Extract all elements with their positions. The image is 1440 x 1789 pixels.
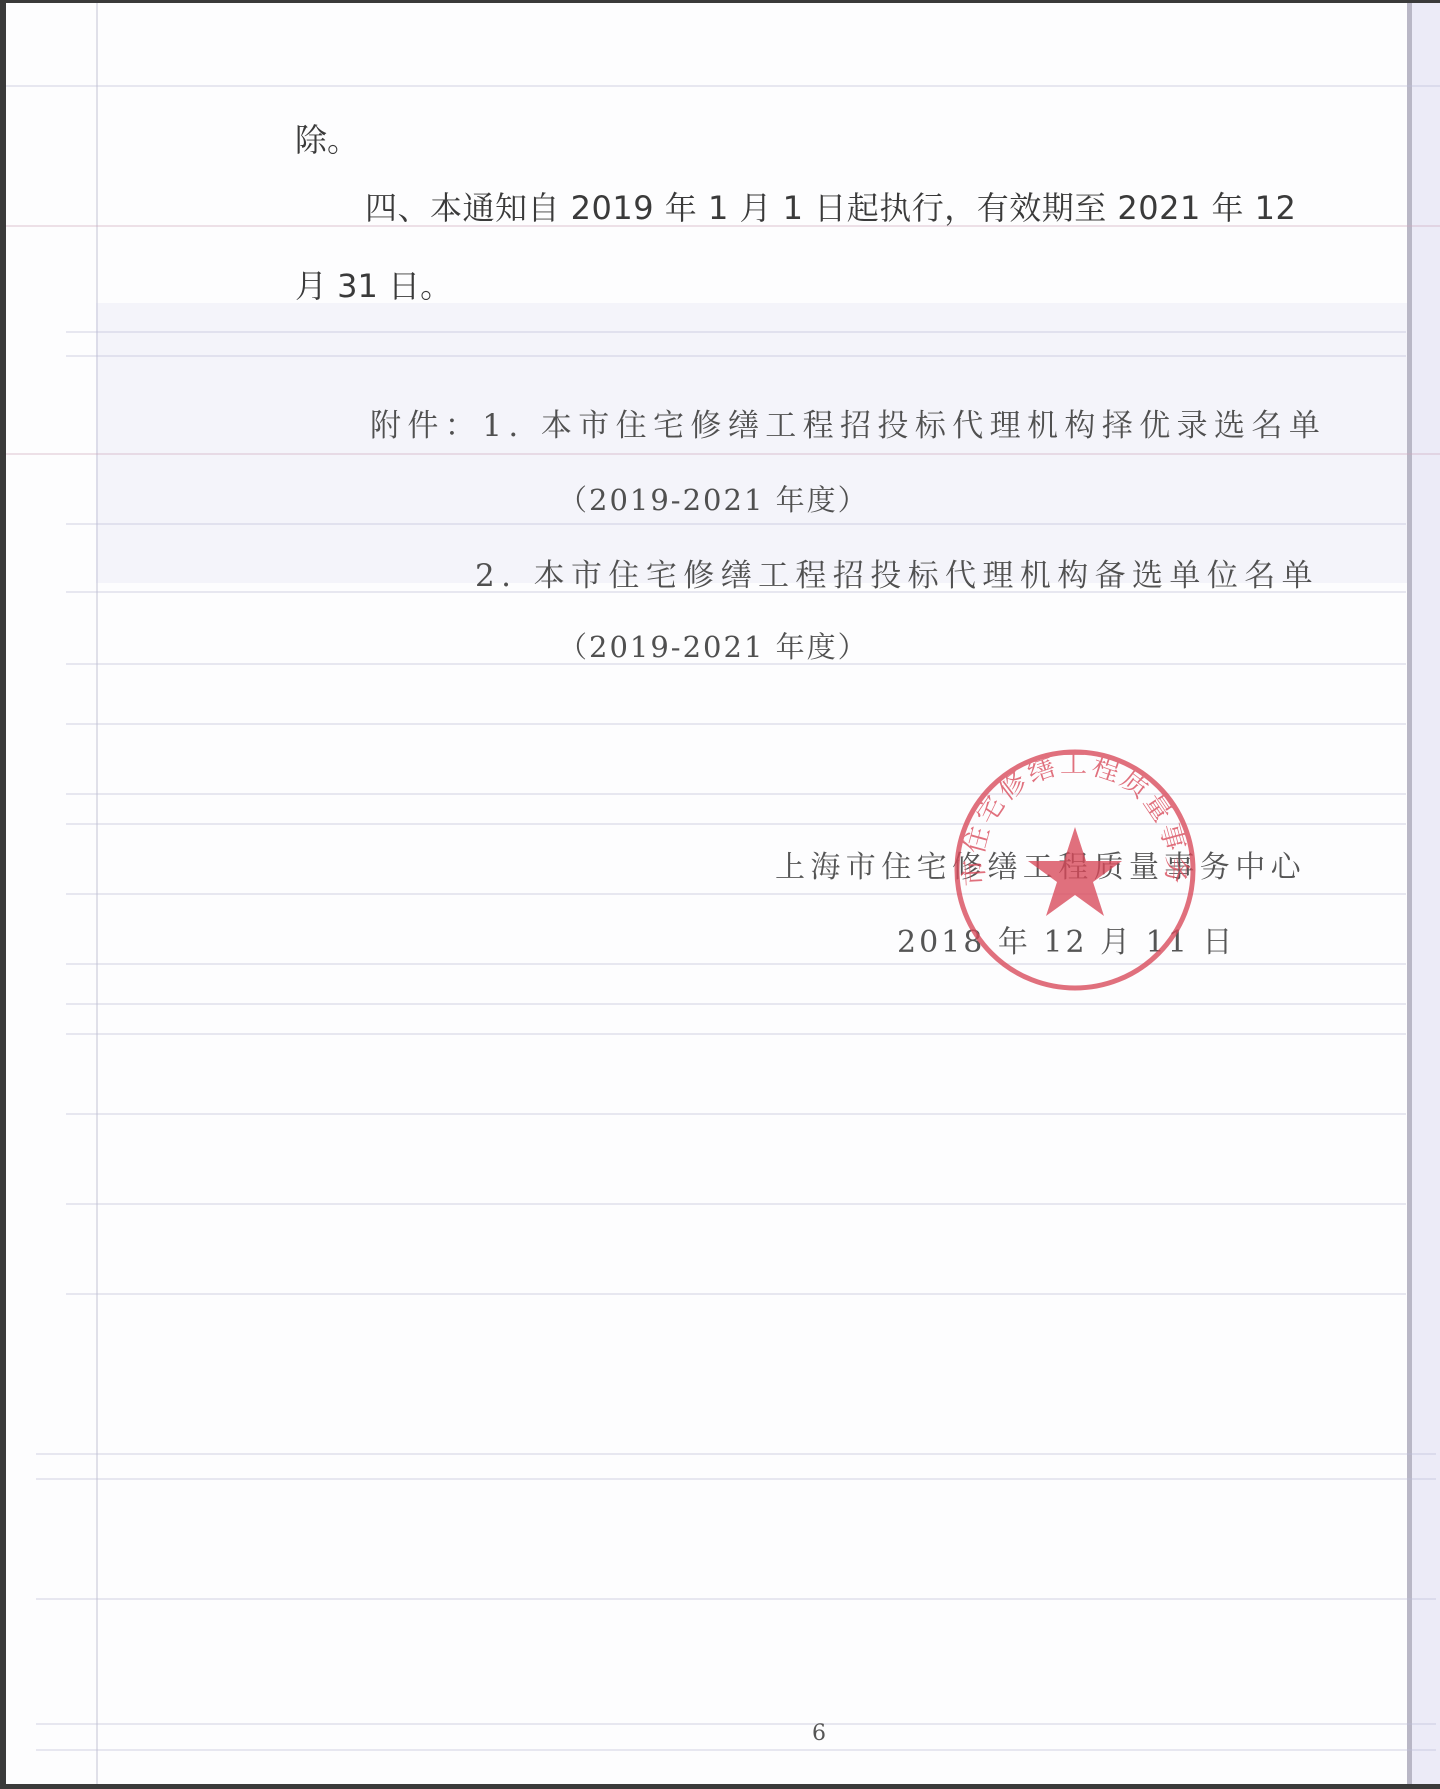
- attachment-2-title: 2. 本市住宅修缮工程招投标代理机构备选单位名单: [475, 550, 1319, 595]
- scan-line: [36, 1598, 1436, 1600]
- scan-line: [66, 1033, 1406, 1035]
- scan-line: [66, 793, 1406, 795]
- scan-left-margin-line: [96, 3, 98, 1784]
- scan-line: [36, 1749, 1436, 1751]
- scan-artifacts: [6, 3, 1440, 1784]
- scan-line: [6, 453, 1440, 455]
- paragraph-line-3: 月 31 日。: [295, 261, 452, 307]
- scan-line: [6, 85, 1440, 87]
- scan-line: [66, 1003, 1406, 1005]
- scan-line: [66, 893, 1406, 895]
- paragraph-line-2: 四、本通知自 2019 年 1 月 1 日起执行，有效期至 2021 年 12: [365, 183, 1296, 229]
- scan-right-strip: [1412, 3, 1440, 1784]
- signature-date: 2018 年 12 月 11 日: [897, 917, 1235, 961]
- scan-line: [66, 331, 1406, 333]
- scan-line: [66, 355, 1406, 357]
- scan-line: [66, 1203, 1406, 1205]
- scan-line: [36, 1478, 1436, 1480]
- attachment-2-period: （2019-2021 年度）: [558, 625, 869, 666]
- scan-line: [36, 1453, 1436, 1455]
- attachment-1-title: 附件：1. 本市住宅修缮工程招投标代理机构择优录选名单: [370, 400, 1326, 445]
- scan-line: [66, 523, 1406, 525]
- scanned-page: 除。 四、本通知自 2019 年 1 月 1 日起执行，有效期至 2021 年 …: [6, 3, 1440, 1784]
- scan-line: [66, 723, 1406, 725]
- attachment-1-period: （2019-2021 年度）: [558, 478, 869, 519]
- page-number: 6: [812, 1721, 826, 1746]
- scan-line: [66, 1113, 1406, 1115]
- scan-right-edge-line: [1407, 3, 1412, 1784]
- scan-line: [66, 1293, 1406, 1295]
- paragraph-line-1: 除。: [295, 115, 359, 161]
- scan-line: [66, 963, 1406, 965]
- signature-organization: 上海市住宅修缮工程质量事务中心: [775, 842, 1306, 886]
- scan-line: [66, 823, 1406, 825]
- scan-line: [36, 1723, 1436, 1725]
